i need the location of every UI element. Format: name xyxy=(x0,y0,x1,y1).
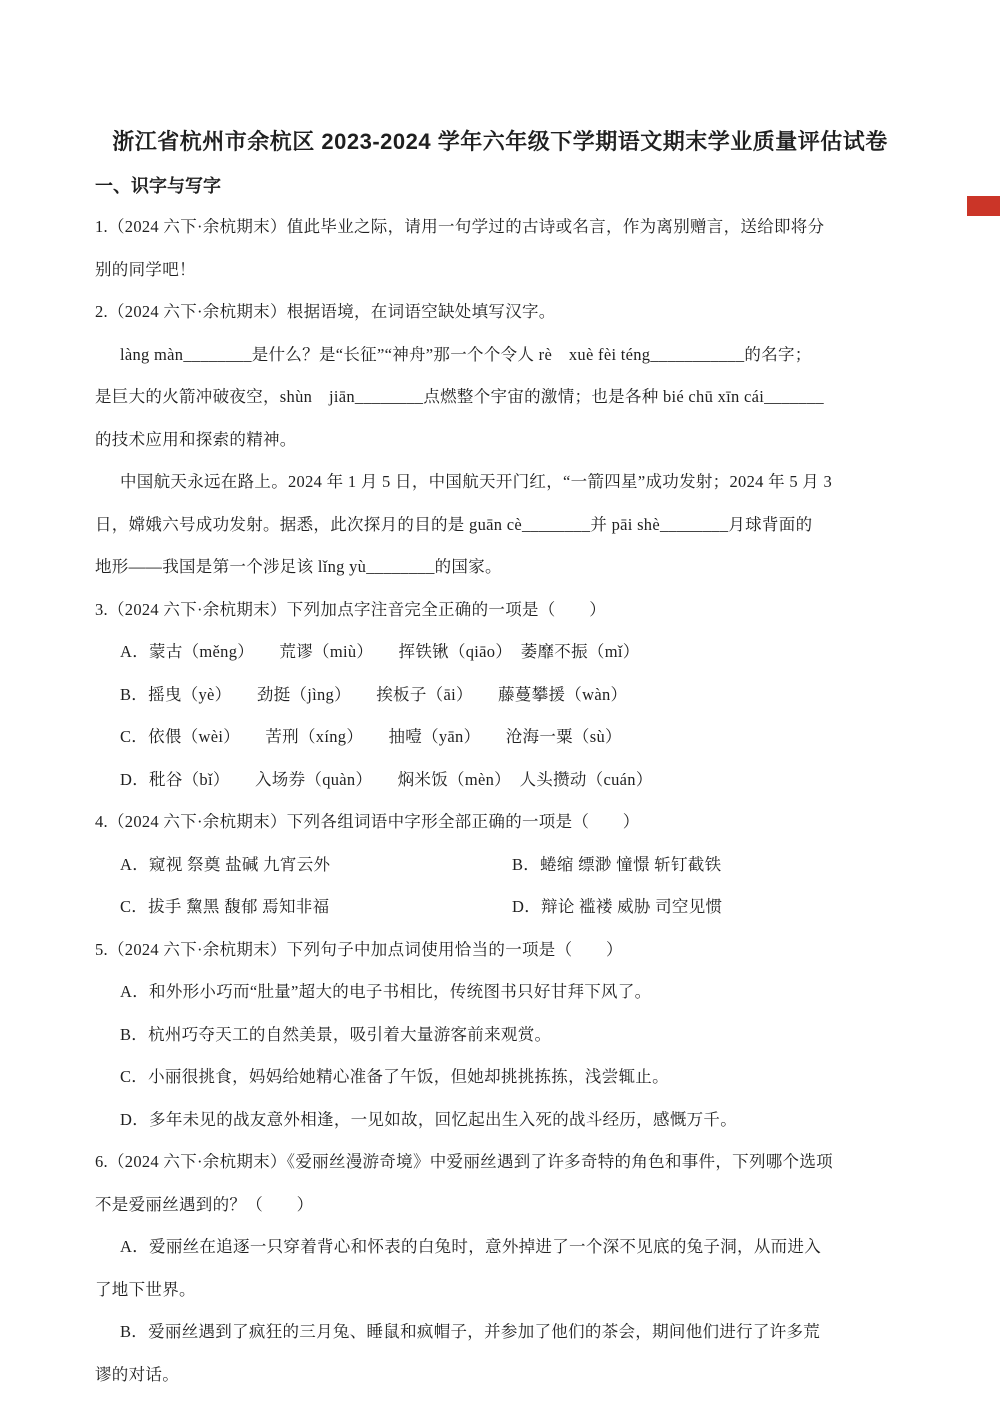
section-heading-1: 一、识字与写字 xyxy=(95,166,905,206)
question-2-line-1: 2.（2024 六下·余杭期末）根据语境，在词语空缺处填写汉字。 xyxy=(95,291,905,334)
question-2-para-2-line-1: 中国航天永远在路上。2024 年 1 月 5 日，中国航天开门红，“一箭四星”成… xyxy=(95,461,905,504)
question-5-option-d: D．多年未见的战友意外相逢，一见如故，回忆起出生入死的战斗经历，感慨万千。 xyxy=(95,1099,905,1142)
question-6-line-2: 不是爱丽丝遇到的？（ ） xyxy=(95,1184,905,1227)
question-6-line-1: 6.（2024 六下·余杭期末）《爱丽丝漫游奇境》中爱丽丝遇到了许多奇特的角色和… xyxy=(95,1141,905,1184)
question-4-option-b: B．蜷缩 缥渺 憧憬 斩钉截铁 xyxy=(512,844,905,887)
question-3-option-b: B．摇曳（yè） 劲挺（jìng） 挨板子（āi） 藤蔓攀援（wàn） xyxy=(95,674,905,717)
question-2-para-1-line-2: 是巨大的火箭冲破夜空，shùn jiān________点燃整个宇宙的激情；也是… xyxy=(95,376,905,419)
question-6-option-a-line-1: A．爱丽丝在追逐一只穿着背心和怀表的白兔时，意外掉进了一个深不见底的兔子洞，从而… xyxy=(95,1226,905,1269)
question-6-option-a-line-2: 了地下世界。 xyxy=(95,1269,905,1312)
question-4-line-1: 4.（2024 六下·余杭期末）下列各组词语中字形全部正确的一项是（ ） xyxy=(95,801,905,844)
question-4-option-d: D．辩论 褴褛 威胁 司空见惯 xyxy=(512,886,905,929)
question-4-option-c: C．拔手 黧黑 馥郁 焉知非福 xyxy=(120,886,512,929)
question-3-option-c: C．依偎（wèi） 苦刑（xíng） 抽噎（yān） 沧海一粟（sù） xyxy=(95,716,905,759)
question-6-option-b-line-1: B．爱丽丝遇到了疯狂的三月兔、睡鼠和疯帽子，并参加了他们的茶会，期间他们进行了许… xyxy=(95,1311,905,1354)
question-2-para-2-line-2: 日，嫦娥六号成功发射。据悉，此次探月的目的是 guān cè________并 … xyxy=(95,504,905,547)
question-2-para-2-line-3: 地形——我国是第一个涉足该 lǐng yù________的国家。 xyxy=(95,546,905,589)
question-6-option-b-line-2: 谬的对话。 xyxy=(95,1354,905,1397)
question-3-line-1: 3.（2024 六下·余杭期末）下列加点字注音完全正确的一项是（ ） xyxy=(95,589,905,632)
question-4-option-a: A．窥视 祭奠 盐碱 九宵云外 xyxy=(120,844,512,887)
question-3-option-a: A．蒙古（měng） 荒谬（miù） 挥铁锹（qiāo） 萎靡不振（mǐ） xyxy=(95,631,905,674)
exam-paper-page: 浙江省杭州市余杭区 2023-2024 学年六年级下学期语文期末学业质量评估试卷… xyxy=(0,0,1000,1414)
question-5-option-a: A．和外形小巧而“肚量”超大的电子书相比，传统图书只好甘拜下风了。 xyxy=(95,971,905,1014)
question-2-para-1-line-3: 的技术应用和探索的精神。 xyxy=(95,419,905,462)
question-3-option-d: D．秕谷（bǐ） 入场券（quàn） 焖米饭（mèn） 人头攒动（cuán） xyxy=(95,759,905,802)
question-5-line-1: 5.（2024 六下·余杭期末）下列句子中加点词使用恰当的一项是（ ） xyxy=(95,929,905,972)
question-1-line-1: 1.（2024 六下·余杭期末）值此毕业之际，请用一句学过的古诗或名言，作为离别… xyxy=(95,206,905,249)
question-5-option-b: B．杭州巧夺天工的自然美景，吸引着大量游客前来观赏。 xyxy=(95,1014,905,1057)
page-title: 浙江省杭州市余杭区 2023-2024 学年六年级下学期语文期末学业质量评估试卷 xyxy=(95,126,905,158)
question-2-para-1-line-1: làng màn________是什么？是“长征”“神舟”那一个个令人 rè x… xyxy=(95,334,905,377)
question-4-options-row-2: C．拔手 黧黑 馥郁 焉知非福 D．辩论 褴褛 威胁 司空见惯 xyxy=(95,886,905,929)
question-4-options-row-1: A．窥视 祭奠 盐碱 九宵云外 B．蜷缩 缥渺 憧憬 斩钉截铁 xyxy=(95,844,905,887)
question-5-option-c: C．小丽很挑食，妈妈给她精心准备了午饭，但她却挑挑拣拣，浅尝辄止。 xyxy=(95,1056,905,1099)
question-1-line-2: 别的同学吧！ xyxy=(95,249,905,292)
